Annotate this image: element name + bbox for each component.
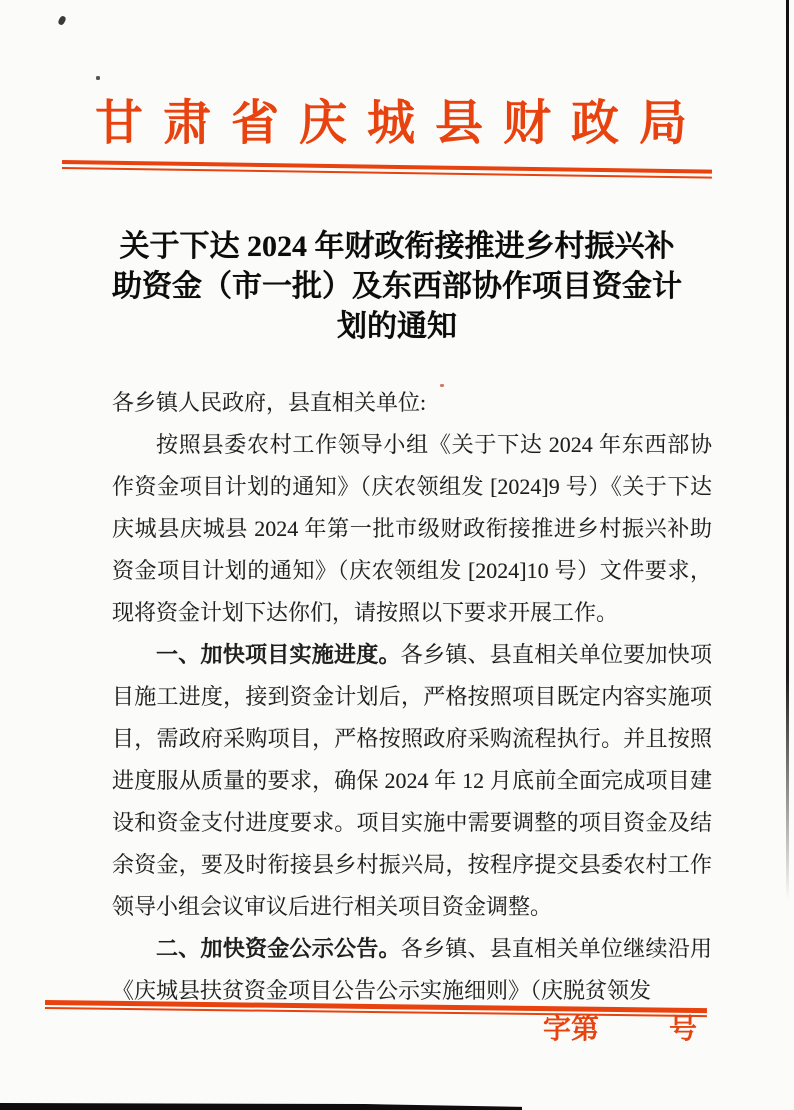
salutation: 各乡镇人民政府，县直相关单位: (112, 382, 712, 424)
paragraph-lead: 一、加快项目实施进度。 (156, 642, 401, 667)
title-line: 划的通知 (0, 307, 794, 347)
paragraph: 按照县委农村工作领导小组《关于下达 2024 年东西部协作资金项目计划的通知》（… (112, 424, 712, 634)
scan-speck (96, 76, 100, 80)
doc-number-prefix: 字第 (543, 1014, 599, 1045)
paragraph: 一、加快项目实施进度。各乡镇、县直相关单位要加快项目施工进度，接到资金计划后，严… (112, 634, 712, 928)
letterhead-rule (62, 160, 712, 179)
paragraph: 二、加快资金公示公告。各乡镇、县直相关单位继续沿用《庆城县扶贫资金项目公告公示实… (112, 928, 712, 1012)
agency-name: 甘肃省庆城县财政局 (0, 84, 782, 153)
paragraph-lead: 二、加快资金公示公告。 (156, 936, 401, 961)
scan-bottom-edge (0, 1103, 522, 1110)
document-title: 关于下达 2024 年财政衔接推进乡村振兴补 助资金（市一批）及东西部协作项目资… (0, 227, 794, 347)
document-body: 各乡镇人民政府，县直相关单位: 按照县委农村工作领导小组《关于下达 2024 年… (112, 382, 712, 1012)
paragraph-text: 各乡镇、县直相关单位要加快项目施工进度，接到资金计划后，严格按照项目既定内容实施… (112, 642, 712, 919)
title-line: 关于下达 2024 年财政衔接推进乡村振兴补 (0, 227, 794, 267)
doc-number-suffix: 号 (669, 1014, 697, 1045)
scan-right-edge-line (786, 0, 789, 900)
scanned-document-page: 甘肃省庆城县财政局 关于下达 2024 年财政衔接推进乡村振兴补 助资金（市一批… (0, 0, 794, 1110)
doc-number: 字第号 (543, 1013, 697, 1047)
scan-speck (57, 15, 67, 26)
title-line: 助资金（市一批）及东西部协作项目资金计 (0, 267, 794, 307)
paragraph-text: 按照县委农村工作领导小组《关于下达 2024 年东西部协作资金项目计划的通知》（… (112, 432, 712, 625)
